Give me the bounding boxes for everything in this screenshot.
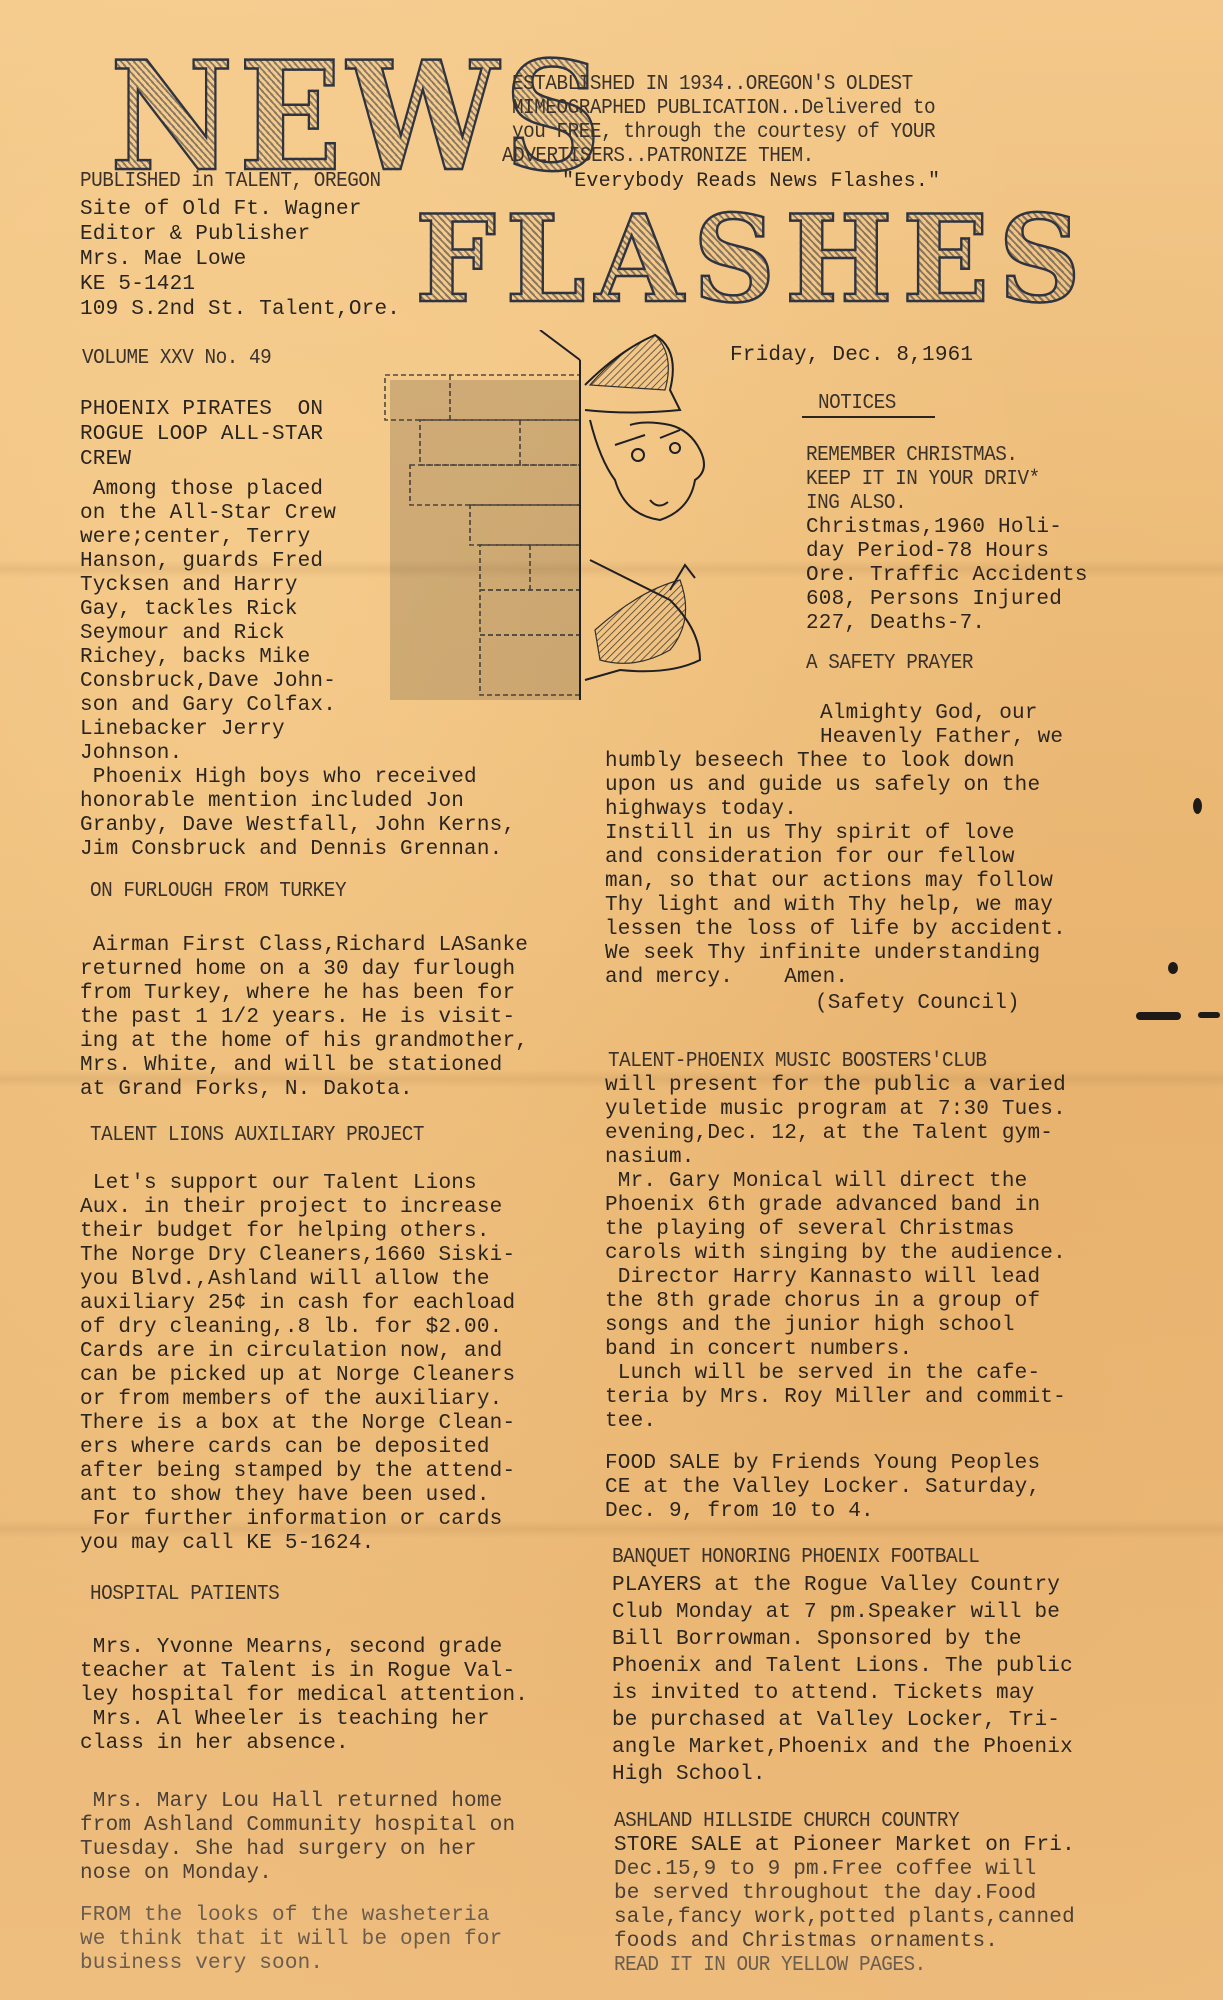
article-line: For further information or cards [80, 1508, 502, 1532]
article-line: lessen the loss of life by accident. [605, 918, 1066, 942]
article-line: after being stamped by the attend- [80, 1460, 515, 1484]
article-line: Dec.15,9 to 9 pm.Free coffee will [614, 1858, 1036, 1882]
tagline-line: MIMEOGRAPHED PUBLICATION..Delivered to [512, 97, 935, 121]
article-line: Phoenix and Talent Lions. The public [612, 1655, 1073, 1679]
article-line: Mrs. Yvonne Mearns, second grade [80, 1636, 502, 1660]
article-line: FOOD SALE by Friends Young Peoples [605, 1452, 1040, 1476]
article-line: ing at the home of his grandmother, [80, 1030, 528, 1054]
article-line: Consbruck,Dave John- [80, 670, 336, 694]
article-line: upon us and guide us safely on the [605, 774, 1040, 798]
article-line: yuletide music program at 7:30 Tues. [605, 1098, 1066, 1122]
article-line: auxiliary 25¢ in cash for eachload [80, 1292, 515, 1316]
slogan: "Everybody Reads News Flashes." [562, 170, 940, 194]
article-line: the playing of several Christmas [605, 1218, 1015, 1242]
article-line: of dry cleaning,.8 lb. for $2.00. [80, 1316, 502, 1340]
masthead-title-flashes: FLASHES [415, 200, 1090, 320]
article-line: BANQUET HONORING PHOENIX FOOTBALL [612, 1546, 979, 1570]
article-line: evening,Dec. 12, at the Talent gym- [605, 1122, 1053, 1146]
article-line: highways today. [605, 798, 797, 822]
article-line: Tuesday. She had surgery on her [80, 1838, 477, 1862]
ink-blot [1136, 1012, 1181, 1020]
volume-number: VOLUME XXV No. 49 [82, 347, 271, 371]
article-line: ING ALSO. [806, 492, 906, 516]
article-line: CE at the Valley Locker. Saturday, [605, 1476, 1040, 1500]
publisher-line: KE 5-1421 [80, 273, 195, 297]
article-line: KEEP IT IN YOUR DRIV* [806, 468, 1040, 492]
article-heading: NOTICES [818, 392, 896, 416]
article-line: returned home on a 30 day furlough [80, 958, 515, 982]
article-line: Airman First Class,Richard LASanke [80, 934, 528, 958]
article-line: teacher at Talent is in Rogue Val- [80, 1660, 515, 1684]
article-line: FROM the looks of the washeteria [80, 1904, 490, 1928]
article-line: Linebacker Jerry [80, 718, 285, 742]
article-line: Gay, tackles Rick [80, 598, 298, 622]
article-line: you may call KE 5-1624. [80, 1532, 374, 1556]
article-line: carols with singing by the audience. [605, 1242, 1066, 1266]
article-line: songs and the junior high school [605, 1314, 1015, 1338]
article-line: Instill in us Thy spirit of love [605, 822, 1015, 846]
article-line: the 8th grade chorus in a group of [605, 1290, 1040, 1314]
article-line: Mrs. Al Wheeler is teaching her [80, 1708, 490, 1732]
prayer-attribution: (Safety Council) [815, 992, 1020, 1016]
article-line: Phoenix High boys who received [80, 766, 477, 790]
article-line: High School. [612, 1763, 766, 1787]
article-line: we think that it will be open for [80, 1928, 502, 1952]
article-line: Aux. in their project to increase [80, 1196, 502, 1220]
ink-blot [1198, 1012, 1220, 1018]
article-heading: PHOENIX PIRATES ON [80, 398, 323, 422]
article-line: Tycksen and Harry [80, 574, 298, 598]
publisher-line: Editor & Publisher [80, 223, 310, 247]
article-line: Johnson. [80, 742, 182, 766]
article-line: Ore. Traffic Accidents [806, 564, 1088, 588]
article-heading: ON FURLOUGH FROM TURKEY [90, 880, 346, 904]
publisher-line: Site of Old Ft. Wagner [80, 198, 362, 222]
article-line: ley hospital for medical attention. [80, 1684, 528, 1708]
article-line: We seek Thy infinite understanding [605, 942, 1040, 966]
article-line: the past 1 1/2 years. He is visit- [80, 1006, 515, 1030]
article-line: 227, Deaths-7. [806, 612, 985, 636]
article-line: their budget for helping others. [80, 1220, 490, 1244]
heading-underline [802, 416, 935, 418]
article-line: Granby, Dave Westfall, John Kerns, [80, 814, 515, 838]
article-line: teria by Mrs. Roy Miller and commit- [605, 1386, 1066, 1410]
article-heading: ROGUE LOOP ALL-STAR [80, 423, 323, 447]
publisher-line: Mrs. Mae Lowe [80, 248, 246, 272]
article-line: humbly beseech Thee to look down [605, 750, 1015, 774]
article-line: business very soon. [80, 1952, 323, 1976]
article-line: day Period-78 Hours [806, 540, 1049, 564]
article-line: Let's support our Talent Lions [80, 1172, 477, 1196]
article-line: Mrs. White, and will be stationed [80, 1054, 502, 1078]
article-line: Director Harry Kannasto will lead [605, 1266, 1040, 1290]
article-line: READ IT IN OUR YELLOW PAGES. [614, 1954, 926, 1978]
article-line: Mrs. Mary Lou Hall returned home [80, 1790, 502, 1814]
article-line: and mercy. Amen. [605, 966, 848, 990]
article-line: Jim Consbruck and Dennis Grennan. [80, 838, 502, 862]
article-line: is invited to attend. Tickets may [612, 1682, 1034, 1706]
article-line: STORE SALE at Pioneer Market on Fri. [614, 1834, 1075, 1858]
article-line: Richey, backs Mike [80, 646, 310, 670]
article-line: will present for the public a varied [605, 1074, 1066, 1098]
article-line: Mr. Gary Monical will direct the [605, 1170, 1027, 1194]
article-line: 608, Persons Injured [806, 588, 1062, 612]
article-line: TALENT-PHOENIX MUSIC BOOSTERS'CLUB [608, 1050, 987, 1074]
article-line: can be picked up at Norge Cleaners [80, 1364, 515, 1388]
tagline-line: ESTABLISHED IN 1934..OREGON'S OLDEST [512, 73, 913, 97]
ink-blot [1193, 798, 1202, 814]
article-line: Bill Borrowman. Sponsored by the [612, 1628, 1022, 1652]
article-line: tee. [605, 1410, 656, 1434]
article-heading: HOSPITAL PATIENTS [90, 1583, 279, 1607]
publisher-line: PUBLISHED in TALENT, OREGON [80, 170, 381, 194]
article-line: Club Monday at 7 pm.Speaker will be [612, 1601, 1060, 1625]
article-line: Cards are in circulation now, and [80, 1340, 502, 1364]
article-line: foods and Christmas ornaments. [614, 1930, 998, 1954]
article-heading: A SAFETY PRAYER [806, 652, 973, 676]
article-line: from Turkey, where he has been for [80, 982, 515, 1006]
article-line: band in concert numbers. [605, 1338, 912, 1362]
article-line: REMEMBER CHRISTMAS. [806, 444, 1018, 468]
article-line: from Ashland Community hospital on [80, 1814, 515, 1838]
article-line: Among those placed [80, 478, 323, 502]
article-line: be purchased at Valley Locker, Tri- [612, 1709, 1060, 1733]
article-line: Dec. 9, from 10 to 4. [605, 1500, 874, 1524]
article-line: Seymour and Rick [80, 622, 285, 646]
article-line: Heavenly Father, we [820, 726, 1063, 750]
article-line: Christmas,1960 Holi- [806, 516, 1062, 540]
article-line: on the All-Star Crew [80, 502, 336, 526]
article-line: There is a box at the Norge Clean- [80, 1412, 515, 1436]
article-line: The Norge Dry Cleaners,1660 Siski- [80, 1244, 515, 1268]
article-line: angle Market,Phoenix and the Phoenix [612, 1736, 1073, 1760]
article-line: were;center, Terry [80, 526, 310, 550]
article-line: class in her absence. [80, 1732, 349, 1756]
article-line: son and Gary Colfax. [80, 694, 336, 718]
article-line: man, so that our actions may follow [605, 870, 1053, 894]
article-line: and consideration for our fellow [605, 846, 1015, 870]
tagline-line: ADVERTISERS..PATRONIZE THEM. [502, 145, 814, 169]
santa-peeking-from-chimney-icon [370, 330, 730, 730]
article-line: Lunch will be served in the cafe- [605, 1362, 1040, 1386]
article-line: honorable mention included Jon [80, 790, 464, 814]
article-line: Almighty God, our [820, 702, 1038, 726]
article-line: ers where cards can be deposited [80, 1436, 490, 1460]
article-line: nose on Monday. [80, 1862, 272, 1886]
article-heading: CREW [80, 448, 131, 472]
ink-blot [1168, 962, 1178, 974]
article-line: sale,fancy work,potted plants,canned [614, 1906, 1075, 1930]
article-line: or from members of the auxiliary. [80, 1388, 502, 1412]
article-line: you Blvd.,Ashland will allow the [80, 1268, 490, 1292]
article-heading: TALENT LIONS AUXILIARY PROJECT [90, 1124, 424, 1148]
article-line: Thy light and with Thy help, we may [605, 894, 1053, 918]
article-line: Hanson, guards Fred [80, 550, 323, 574]
publisher-line: 109 S.2nd St. Talent,Ore. [80, 298, 400, 322]
issue-date: Friday, Dec. 8,1961 [730, 344, 973, 368]
article-line: nasium. [605, 1146, 695, 1170]
article-line: Phoenix 6th grade advanced band in [605, 1194, 1040, 1218]
article-line: ASHLAND HILLSIDE CHURCH COUNTRY [614, 1810, 959, 1834]
article-line: ant to show they have been used. [80, 1484, 490, 1508]
article-line: PLAYERS at the Rogue Valley Country [612, 1574, 1060, 1598]
tagline-line: you FREE, through the courtesy of YOUR [512, 121, 935, 145]
article-line: at Grand Forks, N. Dakota. [80, 1078, 413, 1102]
article-line: be served throughout the day.Food [614, 1882, 1036, 1906]
